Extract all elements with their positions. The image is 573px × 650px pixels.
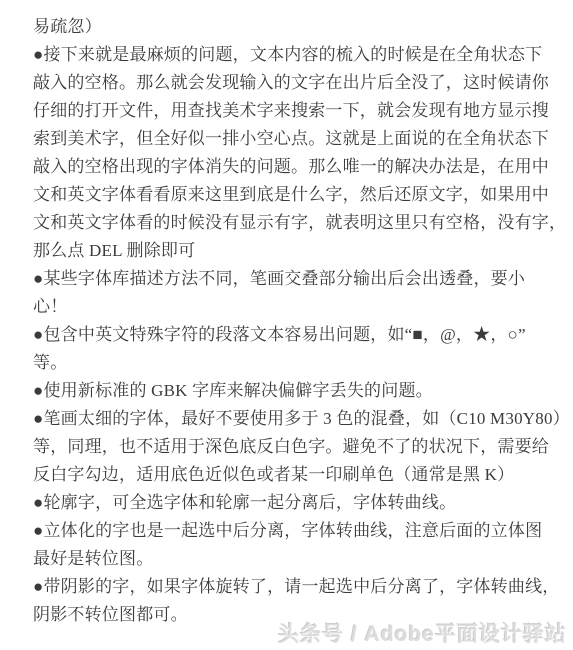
text-line: ●轮廓字，可全选字体和轮廓一起分离后，字体转曲线。 bbox=[33, 489, 559, 517]
text-line: 文和英文字体看看原来这里到底是什么字，然后还原文字，如果用中 bbox=[33, 181, 559, 209]
text-line: 仔细的打开文件，用查找美术字来搜索一下，就会发现有地方显示搜 bbox=[33, 97, 559, 125]
text-line: ●带阴影的字，如果字体旋转了，请一起选中后分离了，字体转曲线， bbox=[33, 573, 559, 601]
watermark-text: 头条号 / Adobe平面设计驿站 bbox=[278, 618, 567, 648]
text-line: 易疏忽） bbox=[33, 13, 559, 41]
text-line: ●使用新标准的 GBK 字库来解决偏僻字丢失的问题。 bbox=[33, 377, 559, 405]
text-line: 等，同理，也不适用于深色底反白色字。避免不了的状况下，需要给 bbox=[33, 433, 559, 461]
text-line: 敲入的空格。那么就会发现输入的文字在出片后全没了，这时候请你 bbox=[33, 69, 559, 97]
document-body: 易疏忽） ●接下来就是最麻烦的问题，文本内容的梳入的时候是在全角状态下 敲入的空… bbox=[33, 13, 559, 629]
text-line: 那么点 DEL 删除即可 bbox=[33, 237, 559, 265]
text-line: ●立体化的字也是一起选中后分离，字体转曲线，注意后面的立体图 bbox=[33, 517, 559, 545]
text-line: 心！ bbox=[33, 293, 559, 321]
text-line: 索到美术字，但全好似一排小空心点。这就是上面说的在全角状态下 bbox=[33, 125, 559, 153]
text-line: 反白字勾边，适用底色近似色或者某一印刷单色（通常是黑 K） bbox=[33, 461, 559, 489]
text-line: ●某些字体库描述方法不同，笔画交叠部分输出后会出透叠，要小 bbox=[33, 265, 559, 293]
text-line: ●接下来就是最麻烦的问题，文本内容的梳入的时候是在全角状态下 bbox=[33, 41, 559, 69]
text-line: ●包含中英文特殊字符的段落文本容易出问题，如“■，@，★，○” bbox=[33, 321, 559, 349]
text-line: 文和英文字体看的时候没有显示有字，就表明这里只有空格，没有字， bbox=[33, 209, 559, 237]
text-line: ●笔画太细的字体，最好不要使用多于 3 色的混叠，如（C10 M30Y80） bbox=[33, 405, 559, 433]
text-line: 等。 bbox=[33, 349, 559, 377]
text-line: 最好是转位图。 bbox=[33, 545, 559, 573]
text-line: 敲入的空格出现的字体消失的问题。那么唯一的解决办法是，在用中 bbox=[33, 153, 559, 181]
